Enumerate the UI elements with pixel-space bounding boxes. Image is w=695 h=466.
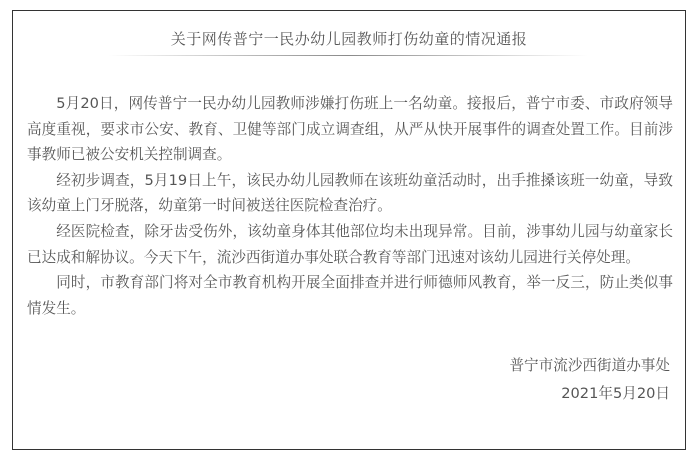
paragraph-1: 5月20日，网传普宁一民办幼儿园教师涉嫌打伤班上一名幼童。接报后，普宁市委、市政… <box>27 91 673 168</box>
notice-title: 关于网传普宁一民办幼儿园教师打伤幼童的情况通报 <box>13 28 685 49</box>
signature-block: 普宁市流沙西街道办事处 2021年5月20日 <box>509 352 670 408</box>
notice-frame: 关于网传普宁一民办幼儿园教师打伤幼童的情况通报 5月20日，网传普宁一民办幼儿园… <box>12 10 686 450</box>
issuer: 普宁市流沙西街道办事处 <box>509 352 670 380</box>
paragraph-2: 经初步调查，5月19日上午，该民办幼儿园教师在该班幼童活动时，出手推搡该班一幼童… <box>27 168 673 219</box>
issue-date: 2021年5月20日 <box>509 380 670 408</box>
notice-body: 5月20日，网传普宁一民办幼儿园教师涉嫌打伤班上一名幼童。接报后，普宁市委、市政… <box>27 91 673 321</box>
paragraph-3: 经医院检查，除牙齿受伤外，该幼童身体其他部位均未出现异常。目前，涉事幼儿园与幼童… <box>27 219 673 270</box>
paragraph-4: 同时，市教育部门将对全市教育机构开展全面排查并进行师德师风教育，举一反三，防止类… <box>27 270 673 321</box>
title-divider <box>108 55 588 56</box>
